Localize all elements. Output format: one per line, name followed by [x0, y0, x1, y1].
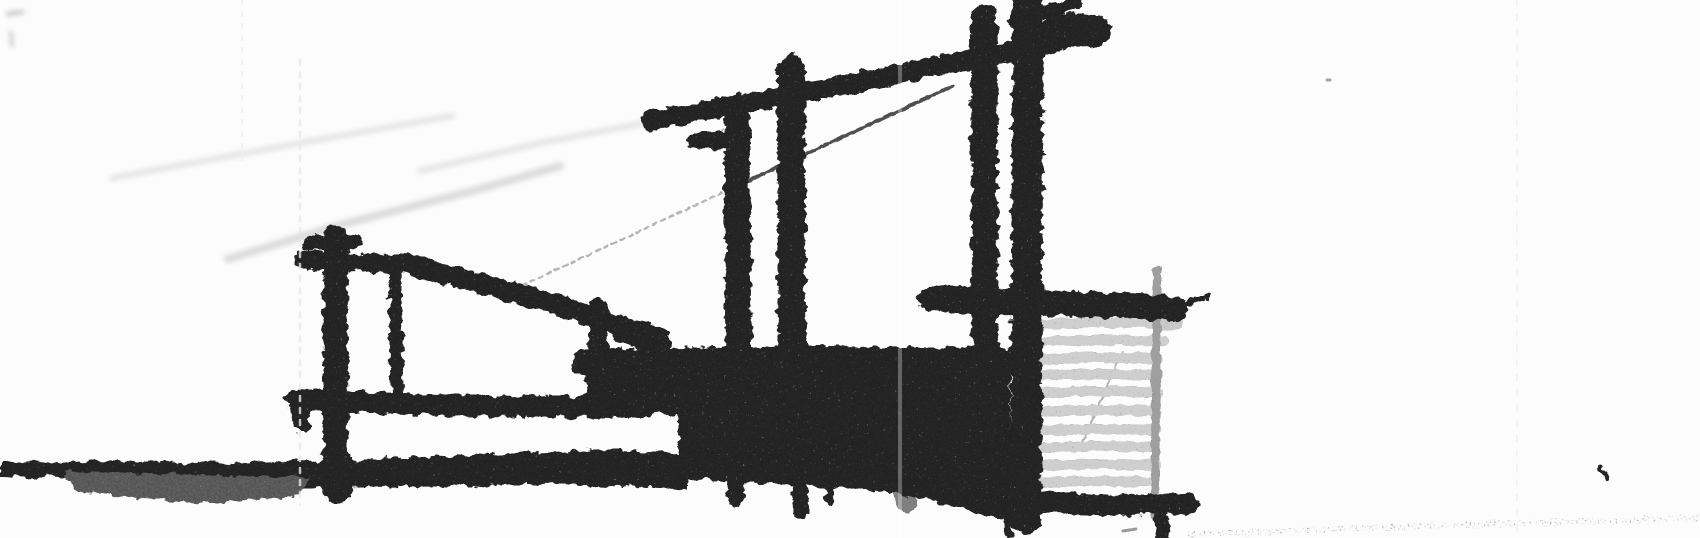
stroke-pergola-rail-tip-blob: [624, 331, 659, 341]
stroke-raking-beam-end-blob: [1058, 30, 1095, 31]
stroke-wall-drip-1: [736, 477, 737, 500]
stroke-corner-drip: [1007, 514, 1009, 533]
stroke-louver-post-foot: [1160, 513, 1163, 537]
stroke-louver-slat-4: [1031, 374, 1157, 376]
stroke-pergola-post-left-foot: [334, 470, 337, 489]
stroke-wall-drip-2: [800, 479, 801, 511]
stroke-louver-slat-3: [1030, 357, 1157, 360]
stroke-bent-post-d: [1026, 5, 1028, 518]
stroke-pergola-post-left: [335, 238, 336, 490]
stroke-louver-slat-8: [1031, 446, 1156, 448]
stroke-mark-louver-bottom: [1123, 529, 1136, 531]
sketch-canvas: [0, 0, 1700, 538]
stroke-louver-slat-2: [1032, 340, 1164, 342]
stroke-louver-slat-9: [1030, 464, 1157, 466]
stroke-pergola-post-inner: [395, 270, 397, 400]
stroke-louver-top-band: [931, 299, 1174, 308]
stroke-bent-post-a-arm: [695, 139, 742, 141]
stroke-corner-scribble: [8, 12, 22, 14]
stroke-wall-drip-3: [829, 483, 830, 501]
stroke-bent-post-b: [791, 69, 792, 360]
stroke-pergola-cap-left: [308, 241, 355, 243]
stroke-louver-slat-5: [1030, 391, 1158, 393]
stroke-louver-slat-10: [1032, 481, 1155, 483]
stroke-louver-bottom-band: [1011, 501, 1188, 505]
stroke-louver-slat-6: [1031, 410, 1156, 412]
stroke-louver-slat-7: [1030, 429, 1157, 431]
stroke-corner-mark: [11, 33, 12, 45]
page: [0, 0, 1700, 538]
